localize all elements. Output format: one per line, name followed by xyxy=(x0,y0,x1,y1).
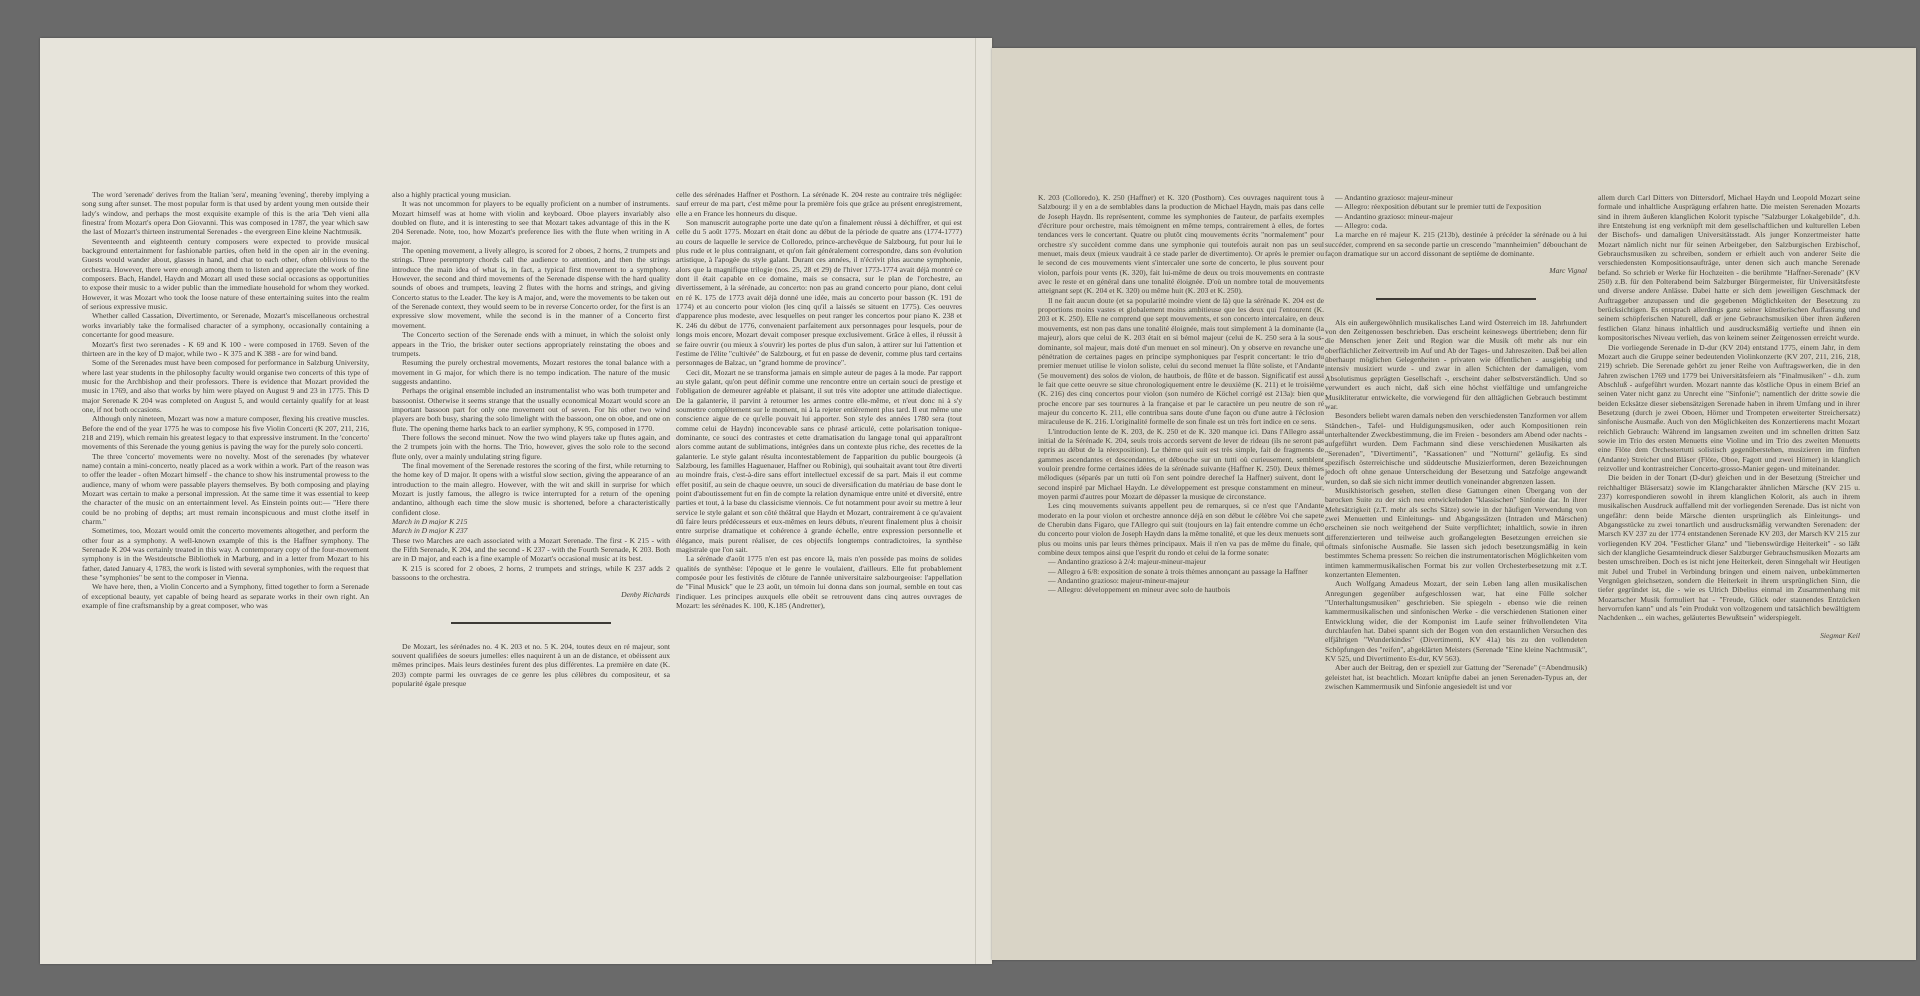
paragraph: L'introduction lente de K. 203, de K. 25… xyxy=(1038,427,1324,502)
author-signature: Marc Vignal xyxy=(1325,266,1587,275)
german-notes-column-5: — Andantino grazioso: majeur-mineur — Al… xyxy=(1325,193,1587,692)
paragraph: Seventeenth and eighteenth century compo… xyxy=(82,237,369,312)
section-divider xyxy=(1376,298,1536,300)
list-item: — Andantino grazioso à 2/4: majeur-mineu… xyxy=(1038,557,1324,566)
paragraph: Whether called Cassation, Divertimento, … xyxy=(82,311,369,339)
list-item: — Andantino grazioso: mineur-majeur xyxy=(1325,212,1587,221)
paragraph: Musikhistorisch gesehen, stellen diese G… xyxy=(1325,486,1587,579)
paragraph: also a highly practical young musician. xyxy=(392,190,670,199)
english-notes-column-1: The word 'serenade' derives from the Ita… xyxy=(82,190,369,610)
paragraph: Although only nineteen, Mozart was now a… xyxy=(82,414,369,451)
paragraph: Son manuscrit autographe porte une date … xyxy=(676,218,962,368)
paragraph: Sometimes, too, Mozart would omit the co… xyxy=(82,526,369,582)
paragraph: K 215 is scored for 2 oboes, 2 horns, 2 … xyxy=(392,564,670,583)
list-item: — Allegro: développement en mineur avec … xyxy=(1038,585,1324,594)
paragraph: The opening movement, a lively allegro, … xyxy=(392,246,670,330)
paragraph: Some of the Serenades must have been com… xyxy=(82,358,369,414)
list-item: — Allegro: coda. xyxy=(1325,221,1587,230)
paragraph: Il ne fait aucun doute (et sa popularité… xyxy=(1038,296,1324,427)
paragraph: It was not uncommon for players to be eq… xyxy=(392,199,670,246)
paragraph: celle des sérénades Haffner et Posthorn.… xyxy=(676,190,962,218)
paragraph: Aber auch der Beitrag, den er speziell z… xyxy=(1325,663,1587,691)
march-title: March in D major K 215 xyxy=(392,517,670,526)
paragraph: La marche en ré majeur K. 215 (213b), de… xyxy=(1325,230,1587,258)
paragraph: We have here, then, a Violin Concerto an… xyxy=(82,582,369,610)
paragraph: De Mozart, les sérénades no. 4 K. 203 et… xyxy=(392,642,670,689)
paragraph: Mozart's first two serenades - K 69 and … xyxy=(82,340,369,359)
march-title: March in D major K 237 xyxy=(392,526,670,535)
author-signature: Siegmar Keil xyxy=(1598,631,1860,640)
paragraph: La sérénade d'août 1775 n'en est pas enc… xyxy=(676,554,962,610)
german-notes-column-6: allem durch Carl Ditters von Dittersdorf… xyxy=(1598,193,1860,640)
paragraph: Les cinq mouvements suivants appellent p… xyxy=(1038,501,1324,557)
paragraph: The Concerto section of the Serenade end… xyxy=(392,330,670,358)
paragraph: Die vorliegende Serenade in D-dur (KV 20… xyxy=(1598,343,1860,474)
paragraph: The final movement of the Serenade resto… xyxy=(392,461,670,517)
paragraph: Ceci dit, Mozart ne se transforma jamais… xyxy=(676,368,962,555)
author-signature: Denby Richards xyxy=(392,590,670,599)
paragraph: Perhaps the original ensemble included a… xyxy=(392,386,670,433)
french-notes-column-3: celle des sérénades Haffner et Posthorn.… xyxy=(676,190,962,610)
right-page: K. 203 (Colloredo), K. 250 (Haffner) et … xyxy=(992,48,1916,960)
paragraph: There follows the second minuet. Now the… xyxy=(392,433,670,461)
left-page: The word 'serenade' derives from the Ita… xyxy=(40,38,992,964)
paragraph: These two Marches are each associated wi… xyxy=(392,536,670,564)
section-divider xyxy=(451,622,611,624)
list-item: — Andantino grazioso: majeur-mineur xyxy=(1325,193,1587,202)
paragraph: Resuming the purely orchestral movements… xyxy=(392,358,670,386)
list-item: — Allegro à 6/8: exposition de sonate à … xyxy=(1038,567,1324,576)
list-item: — Allegro: réexposition débutant sur le … xyxy=(1325,202,1587,211)
paragraph: K. 203 (Colloredo), K. 250 (Haffner) et … xyxy=(1038,193,1324,296)
paragraph: The word 'serenade' derives from the Ita… xyxy=(82,190,369,237)
paragraph: allem durch Carl Ditters von Dittersdorf… xyxy=(1598,193,1860,343)
paragraph: The three 'concerto' movements were no n… xyxy=(82,452,369,527)
spine-crease xyxy=(975,38,976,964)
paragraph: Auch Wolfgang Amadeus Mozart, der sein L… xyxy=(1325,579,1587,663)
french-notes-column-4: K. 203 (Colloredo), K. 250 (Haffner) et … xyxy=(1038,193,1324,595)
paragraph: Besonders beliebt waren damals neben den… xyxy=(1325,411,1587,486)
paragraph: Als ein außergewöhnlich musikalisches La… xyxy=(1325,318,1587,411)
english-notes-column-2: also a highly practical young musician. … xyxy=(392,190,670,689)
paragraph: Die beiden in der Tonart (D-dur) gleiche… xyxy=(1598,473,1860,623)
list-item: — Andantino grazioso: majeur-mineur-maje… xyxy=(1038,576,1324,585)
